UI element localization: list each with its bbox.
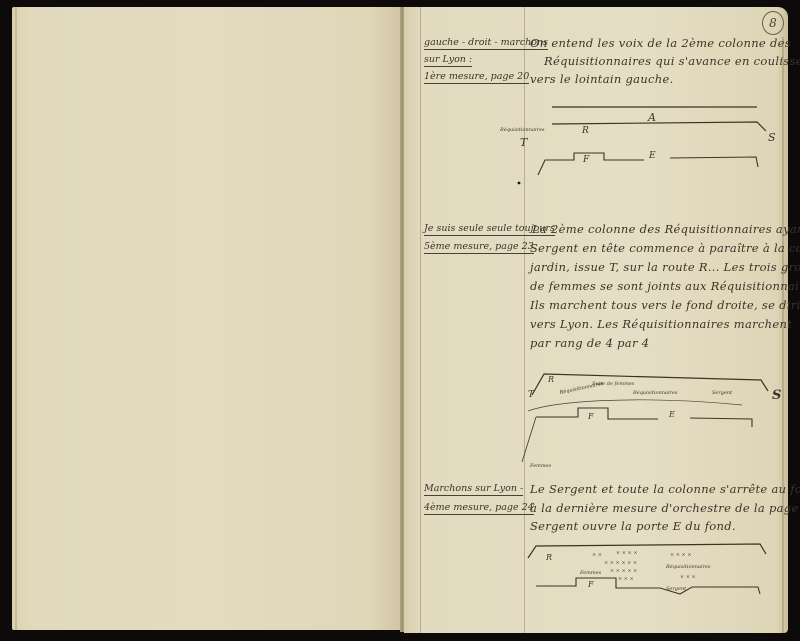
text-line: de femmes se sont joints aux Réquisition…	[530, 279, 800, 293]
margin-note-3-line-2: 4ème mesure, page 24	[424, 502, 534, 515]
margin-note-1-line-2: sur Lyon :	[424, 54, 472, 67]
right-page: 8 gauche - droit - marchons sur Lyon : 1…	[404, 7, 788, 633]
label-F: F	[587, 580, 594, 589]
label-E: E	[668, 410, 675, 419]
margin-rule-column	[524, 7, 525, 633]
margin-rule-left	[420, 7, 421, 633]
label-sergent: Sergent	[712, 390, 733, 396]
open-book: 8 gauche - droit - marchons sur Lyon : 1…	[0, 0, 800, 641]
label-R: R	[547, 375, 554, 384]
label-sergent: Sergent	[666, 586, 687, 592]
text-line: La 2ème colonne des Réquisitionnaires ay…	[532, 222, 800, 236]
label-femmes: Femmes	[529, 463, 552, 469]
text-line: Le Sergent et toute la colonne s'arrête …	[530, 482, 800, 496]
text-line: Sergent en tête commence à paraître à la…	[530, 241, 800, 255]
text-line: à la dernière mesure d'orchestre de la p…	[530, 501, 800, 515]
margin-note-3-line-1: Marchons sur Lyon -	[424, 483, 523, 496]
text-line: vers Lyon. Les Réquisitionnaires marchen…	[530, 317, 792, 331]
label-requisitionnaires: Réquisitionnaires	[665, 563, 711, 570]
label-annotation: Réquisitionnaires	[499, 126, 545, 133]
stage-diagram-1: A R S T Réquisitionnaires F E	[500, 107, 790, 187]
label-E: E	[648, 151, 656, 161]
label-group3: Réquisitionnaires	[632, 389, 678, 396]
label-S: S	[768, 131, 776, 144]
label-R: R	[545, 553, 552, 562]
page-edge	[15, 7, 17, 630]
label-R: R	[581, 126, 589, 136]
label-T: T	[528, 390, 535, 400]
text-line: par rang de 4 par 4	[530, 336, 649, 350]
svg-text:× × ×: × × ×	[618, 576, 634, 582]
text-line: On entend les voix de la 2ème colonne de…	[530, 36, 791, 50]
text-line: jardin, issue T, sur la route R... Les t…	[530, 260, 800, 274]
text-line: Sergent ouvre la porte E du fond.	[530, 519, 736, 533]
label-S: S	[772, 388, 781, 403]
svg-text:× × ×: × × ×	[680, 574, 696, 580]
margin-note-1-line-3: 1ère mesure, page 20	[424, 71, 529, 84]
stage-diagram-3: R F Femmes Réquisitionnaires Sergent × ×…	[520, 542, 790, 622]
label-group2: Suite de femmes	[592, 381, 635, 387]
svg-text:× × × ×: × × × ×	[670, 552, 692, 558]
label-F: F	[582, 155, 590, 165]
folio-number: 8	[762, 11, 784, 35]
left-page-blank	[12, 7, 402, 630]
label-A: A	[647, 111, 656, 124]
label-F: F	[587, 412, 594, 421]
text-line: vers le lointain gauche.	[530, 72, 674, 86]
margin-note-2-line-2: 5ème mesure, page 23	[424, 241, 534, 254]
svg-text:× × × ×: × × × ×	[616, 550, 638, 556]
svg-text:× ×: × ×	[592, 552, 602, 558]
label-T: T	[520, 136, 529, 149]
svg-text:× × × × ×: × × × × ×	[610, 568, 637, 574]
stage-diagram-2: R T S Réquisitionnaires Suite de femmes …	[516, 367, 796, 477]
text-line: Réquisitionnaires qui s'avance en coulis…	[544, 54, 800, 68]
svg-text:× × × × × ×: × × × × × ×	[604, 560, 637, 566]
text-line: Ils marchent tous vers le fond droite, s…	[530, 298, 800, 312]
label-femmes: Femmes	[579, 570, 602, 576]
